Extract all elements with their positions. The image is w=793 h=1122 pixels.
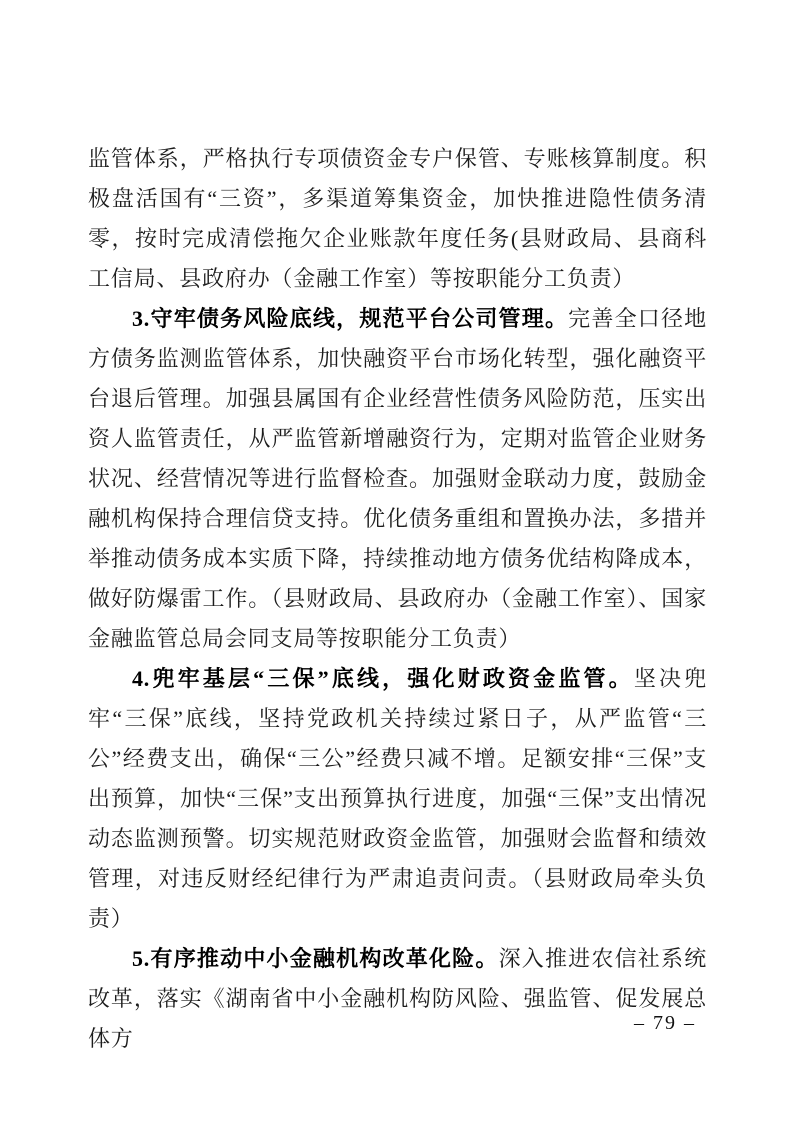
- paragraph-text: 监管体系，严格执行专项债资金专户保管、专账核算制度。积极盘活国有“三资”，多渠道…: [88, 146, 707, 291]
- paragraph-heading: 3.守牢债务风险底线，规范平台公司管理。: [132, 306, 568, 331]
- paragraph-item-4: 4.兜牢基层“三保”底线，强化财政资金监管。坚决兜牢“三保”底线，坚持党政机关持…: [88, 659, 707, 939]
- paragraph-continuation: 监管体系，严格执行专项债资金专户保管、专账核算制度。积极盘活国有“三资”，多渠道…: [88, 139, 707, 299]
- document-body: 监管体系，严格执行专项债资金专户保管、专账核算制度。积极盘活国有“三资”，多渠道…: [88, 139, 707, 1059]
- paragraph-item-5: 5.有序推动中小金融机构改革化险。深入推进农信社系统改革，落实《湖南省中小金融机…: [88, 939, 707, 1059]
- paragraph-text: 坚决兜牢“三保”底线，坚持党政机关持续过紧日子，从严监管“三公”经费支出，确保“…: [88, 666, 707, 931]
- paragraph-heading: 5.有序推动中小金融机构改革化险。: [132, 946, 499, 971]
- paragraph-item-3: 3.守牢债务风险底线，规范平台公司管理。完善全口径地方债务监测监管体系，加快融资…: [88, 299, 707, 659]
- paragraph-text: 完善全口径地方债务监测监管体系，加快融资平台市场化转型，强化融资平台退后管理。加…: [88, 306, 707, 651]
- document-page: 监管体系，严格执行专项债资金专户保管、专账核算制度。积极盘活国有“三资”，多渠道…: [0, 0, 793, 1122]
- paragraph-heading: 4.兜牢基层“三保”底线，强化财政资金监管。: [132, 666, 634, 691]
- page-number: – 79 –: [560, 1012, 770, 1035]
